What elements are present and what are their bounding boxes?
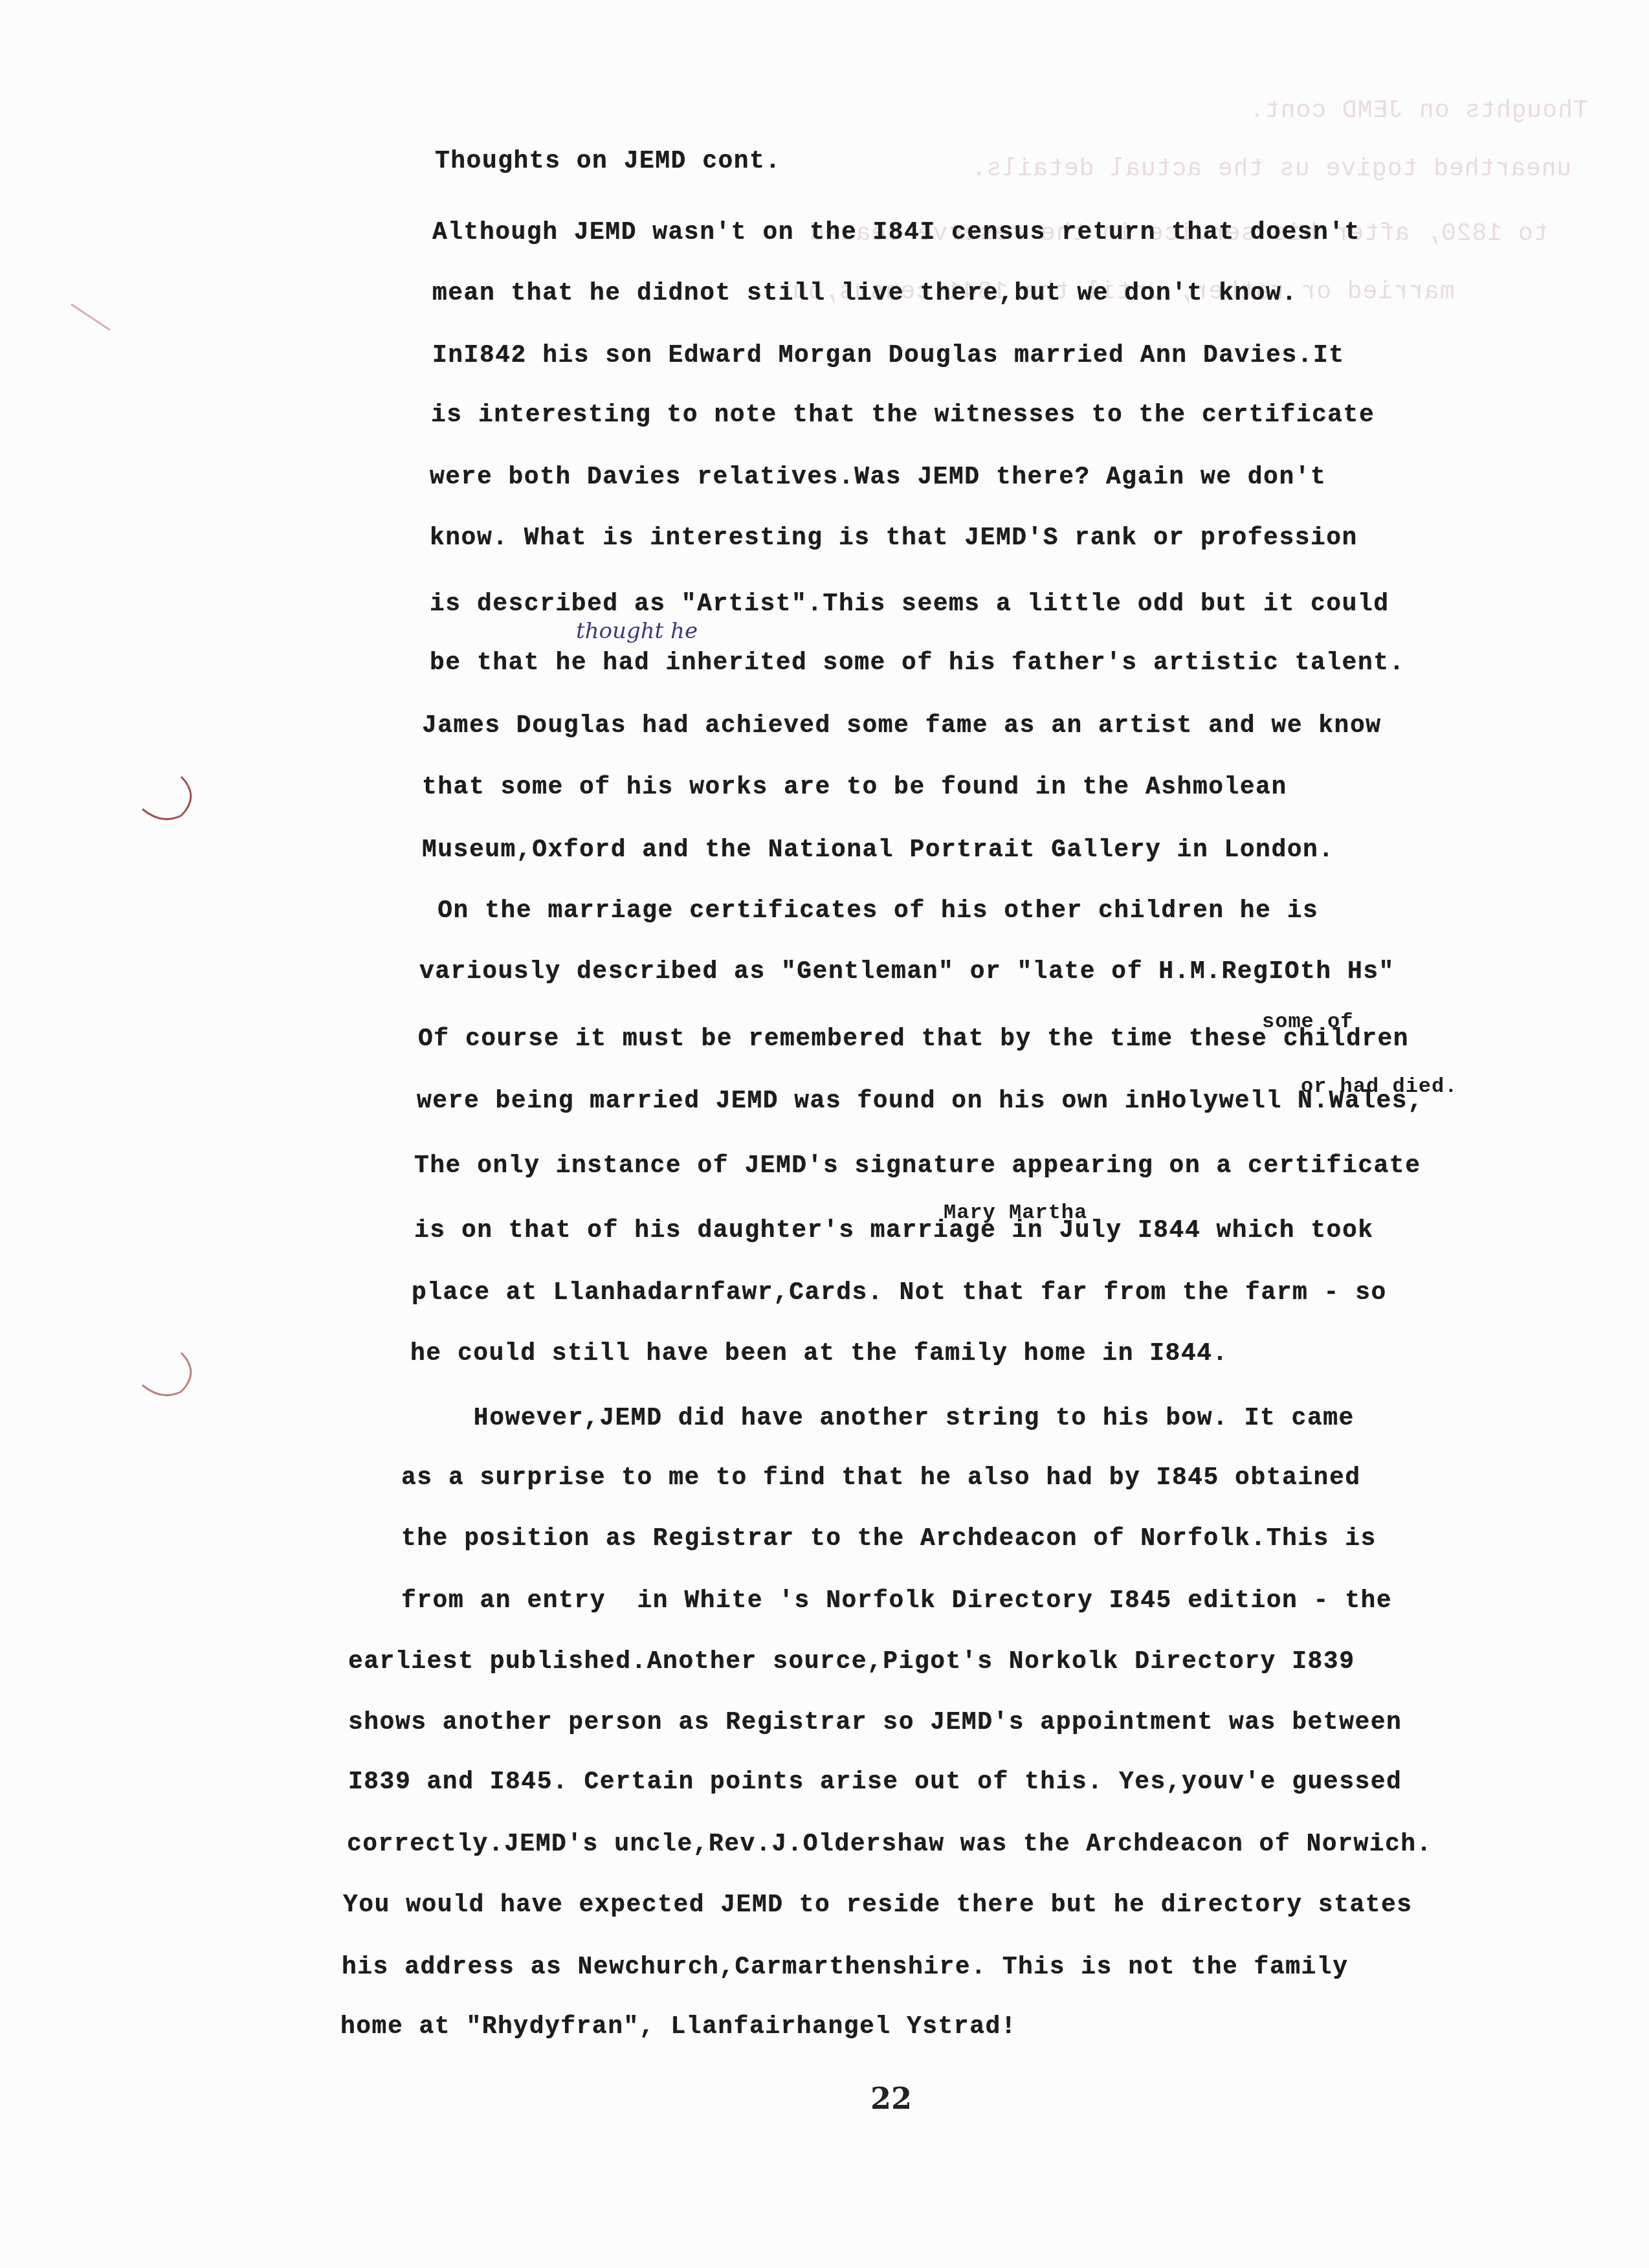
text-line: Although JEMD wasn't on the I84I census …: [432, 219, 1360, 247]
text-line: On the marriage certificates of his othe…: [422, 897, 1318, 925]
text-line: correctly.JEMD's uncle,Rev.J.Oldershaw w…: [347, 1830, 1432, 1858]
margin-stroke-mark: [65, 298, 142, 362]
text-line: be that he had inherited some of his fat…: [430, 649, 1405, 677]
margin-circle-mark: [129, 770, 207, 835]
margin-circle-mark: [129, 1346, 207, 1411]
text-line: mean that he didnot still live there,but…: [432, 280, 1298, 307]
text-line: Museum,Oxford and the National Portrait …: [422, 836, 1334, 864]
text-line: However,JEMD did have another string to …: [379, 1405, 1355, 1432]
text-line: InI842 his son Edward Morgan Douglas mar…: [432, 342, 1345, 370]
page-number: 22: [870, 2081, 912, 2116]
text-line: is described as "Artist".This seems a li…: [430, 590, 1389, 618]
document-heading: Thoughts on JEMD cont.: [435, 148, 781, 175]
text-line: the position as Registrar to the Archdea…: [401, 1525, 1377, 1553]
text-line: variously described as "Gentleman" or "l…: [419, 958, 1395, 986]
showthrough-text: Thoughts on JEMD cont.: [1249, 97, 1588, 125]
text-line: place at Llanhadarnfawr,Cards. Not that …: [412, 1279, 1387, 1307]
text-line: You would have expected JEMD to reside t…: [343, 1891, 1413, 1919]
text-line: shows another person as Registrar so JEM…: [348, 1709, 1402, 1737]
text-line: were both Davies relatives.Was JEMD ther…: [430, 463, 1326, 491]
text-line: earliest published.Another source,Pigot'…: [348, 1648, 1355, 1676]
text-line: is on that of his daughter's marriage in…: [414, 1217, 1374, 1245]
text-line: home at "Rhydyfran", Llanfairhangel Ystr…: [340, 2013, 1017, 2041]
text-line: as a surprise to me to find that he also…: [401, 1464, 1361, 1492]
text-line: The only instance of JEMD's signature ap…: [414, 1152, 1421, 1180]
text-line: from an entry in White 's Norfolk Direct…: [401, 1587, 1392, 1615]
typed-page: Thoughts on JEMD cont. unearthed togive …: [0, 0, 1649, 2268]
text-line: were being married JEMD was found on his…: [417, 1087, 1423, 1115]
text-line: his address as Newchurch,Carmarthenshire…: [342, 1953, 1348, 1981]
text-line: is interesting to note that the witnesse…: [431, 401, 1375, 429]
text-line: he could still have been at the family h…: [410, 1340, 1228, 1368]
text-line: James Douglas had achieved some fame as …: [422, 712, 1382, 740]
text-line: know. What is interesting is that JEMD'S…: [430, 524, 1358, 552]
handwritten-insertion-thought-he: thought he: [576, 618, 698, 644]
text-line: that some of his works are to be found i…: [422, 773, 1287, 801]
showthrough-text: unearthed togive us the actual details.: [971, 155, 1571, 183]
text-line: Of course it must be remembered that by …: [418, 1025, 1409, 1053]
text-line: I839 and I845. Certain points arise out …: [348, 1768, 1402, 1796]
